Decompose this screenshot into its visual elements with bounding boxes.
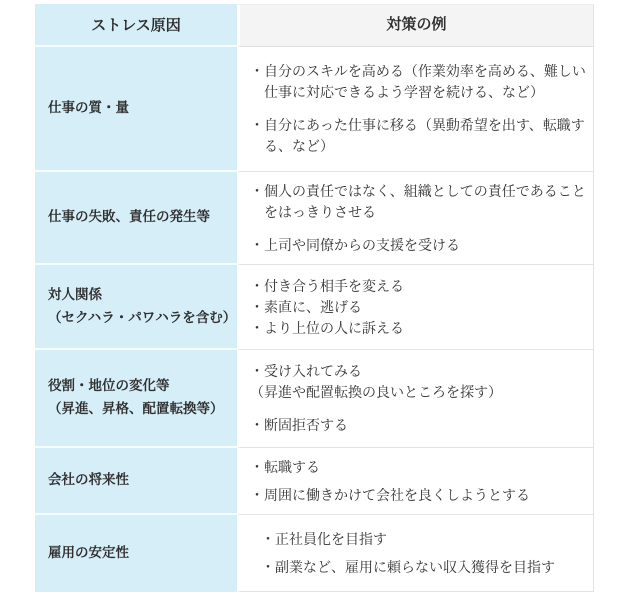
cause-cell: 仕事の質・量 bbox=[35, 47, 237, 172]
cause-cell: 仕事の失敗、責任の発生等 bbox=[35, 172, 237, 265]
header-cell-causes: ストレス原因 bbox=[35, 4, 237, 47]
bullet-item: ・自分にあった仕事に移る（異動希望を出す、転職する、など） bbox=[250, 115, 593, 157]
header-measures-label: 対策の例 bbox=[386, 14, 446, 37]
header-cell-measures: 対策の例 bbox=[237, 4, 594, 47]
bullet-item: ・受け入れてみる bbox=[250, 361, 593, 382]
bullet-item: ・より上位の人に訴える bbox=[250, 318, 593, 339]
measures-cell: ・個人の責任ではなく、組織としての責任であることをはっきりさせる ・上司や同僚か… bbox=[237, 172, 594, 265]
bullet-item: ・断固拒否する bbox=[250, 415, 593, 436]
bullet-item: ・自分のスキルを高める（作業効率を高める、難しい仕事に対応できるよう学習を続ける… bbox=[250, 61, 593, 103]
cause-cell: 雇用の安定性 bbox=[35, 515, 237, 592]
cause-label: 役割・地位の変化等 （昇進、昇格、配置転換等） bbox=[48, 375, 224, 421]
table-row: 会社の将来性 ・転職する ・周囲に働きかけて会社を良くしようとする bbox=[35, 448, 594, 515]
header-row: ストレス原因 対策の例 bbox=[35, 4, 594, 47]
bullet-item: ・副業など、雇用に頼らない収入獲得を目指す bbox=[261, 557, 593, 578]
cause-label: 仕事の失敗、責任の発生等 bbox=[48, 206, 210, 229]
cause-cell: 会社の将来性 bbox=[35, 448, 237, 515]
bullet-item-continuation: （昇進や配置転換の良いところを探す） bbox=[250, 382, 593, 403]
measures-cell: ・受け入れてみる （昇進や配置転換の良いところを探す） ・断固拒否する bbox=[237, 350, 594, 448]
bullet-item: ・周囲に働きかけて会社を良くしようとする bbox=[250, 485, 593, 506]
bullet-item: ・個人の責任ではなく、組織としての責任であることをはっきりさせる bbox=[250, 181, 593, 223]
bullet-item: ・上司や同僚からの支援を受ける bbox=[250, 235, 593, 256]
bullet-item: ・素直に、逃げる bbox=[250, 297, 593, 318]
table-row: 雇用の安定性 ・正社員化を目指す ・副業など、雇用に頼らない収入獲得を目指す bbox=[35, 515, 594, 592]
measures-cell: ・自分のスキルを高める（作業効率を高める、難しい仕事に対応できるよう学習を続ける… bbox=[237, 47, 594, 172]
bullet-item: ・付き合う相手を変える bbox=[250, 276, 593, 297]
cause-label: 仕事の質・量 bbox=[48, 97, 129, 120]
measures-cell: ・正社員化を目指す ・副業など、雇用に頼らない収入獲得を目指す bbox=[237, 515, 594, 592]
stress-countermeasures-page: ストレス原因 対策の例 仕事の質・量 ・自分のスキルを高める（作業効率を高める、… bbox=[0, 0, 630, 594]
table-row: 仕事の質・量 ・自分のスキルを高める（作業効率を高める、難しい仕事に対応できるよ… bbox=[35, 47, 594, 172]
measures-cell: ・付き合う相手を変える ・素直に、逃げる ・より上位の人に訴える bbox=[237, 265, 594, 350]
cause-label: 雇用の安定性 bbox=[48, 542, 129, 565]
cause-label: 会社の将来性 bbox=[48, 469, 129, 492]
bullet-item: ・正社員化を目指す bbox=[261, 529, 593, 550]
cause-cell: 対人関係 （セクハラ・パワハラを含む） bbox=[35, 265, 237, 350]
cause-label: 対人関係 （セクハラ・パワハラを含む） bbox=[48, 284, 236, 330]
bullet-item: ・転職する bbox=[250, 457, 593, 478]
table-row: 仕事の失敗、責任の発生等 ・個人の責任ではなく、組織としての責任であることをはっ… bbox=[35, 172, 594, 265]
header-causes-label: ストレス原因 bbox=[91, 14, 181, 35]
table-row: 対人関係 （セクハラ・パワハラを含む） ・付き合う相手を変える ・素直に、逃げる… bbox=[35, 265, 594, 350]
table-row: 役割・地位の変化等 （昇進、昇格、配置転換等） ・受け入れてみる （昇進や配置転… bbox=[35, 350, 594, 448]
stress-table: ストレス原因 対策の例 仕事の質・量 ・自分のスキルを高める（作業効率を高める、… bbox=[35, 4, 594, 592]
cause-cell: 役割・地位の変化等 （昇進、昇格、配置転換等） bbox=[35, 350, 237, 448]
measures-cell: ・転職する ・周囲に働きかけて会社を良くしようとする bbox=[237, 448, 594, 515]
